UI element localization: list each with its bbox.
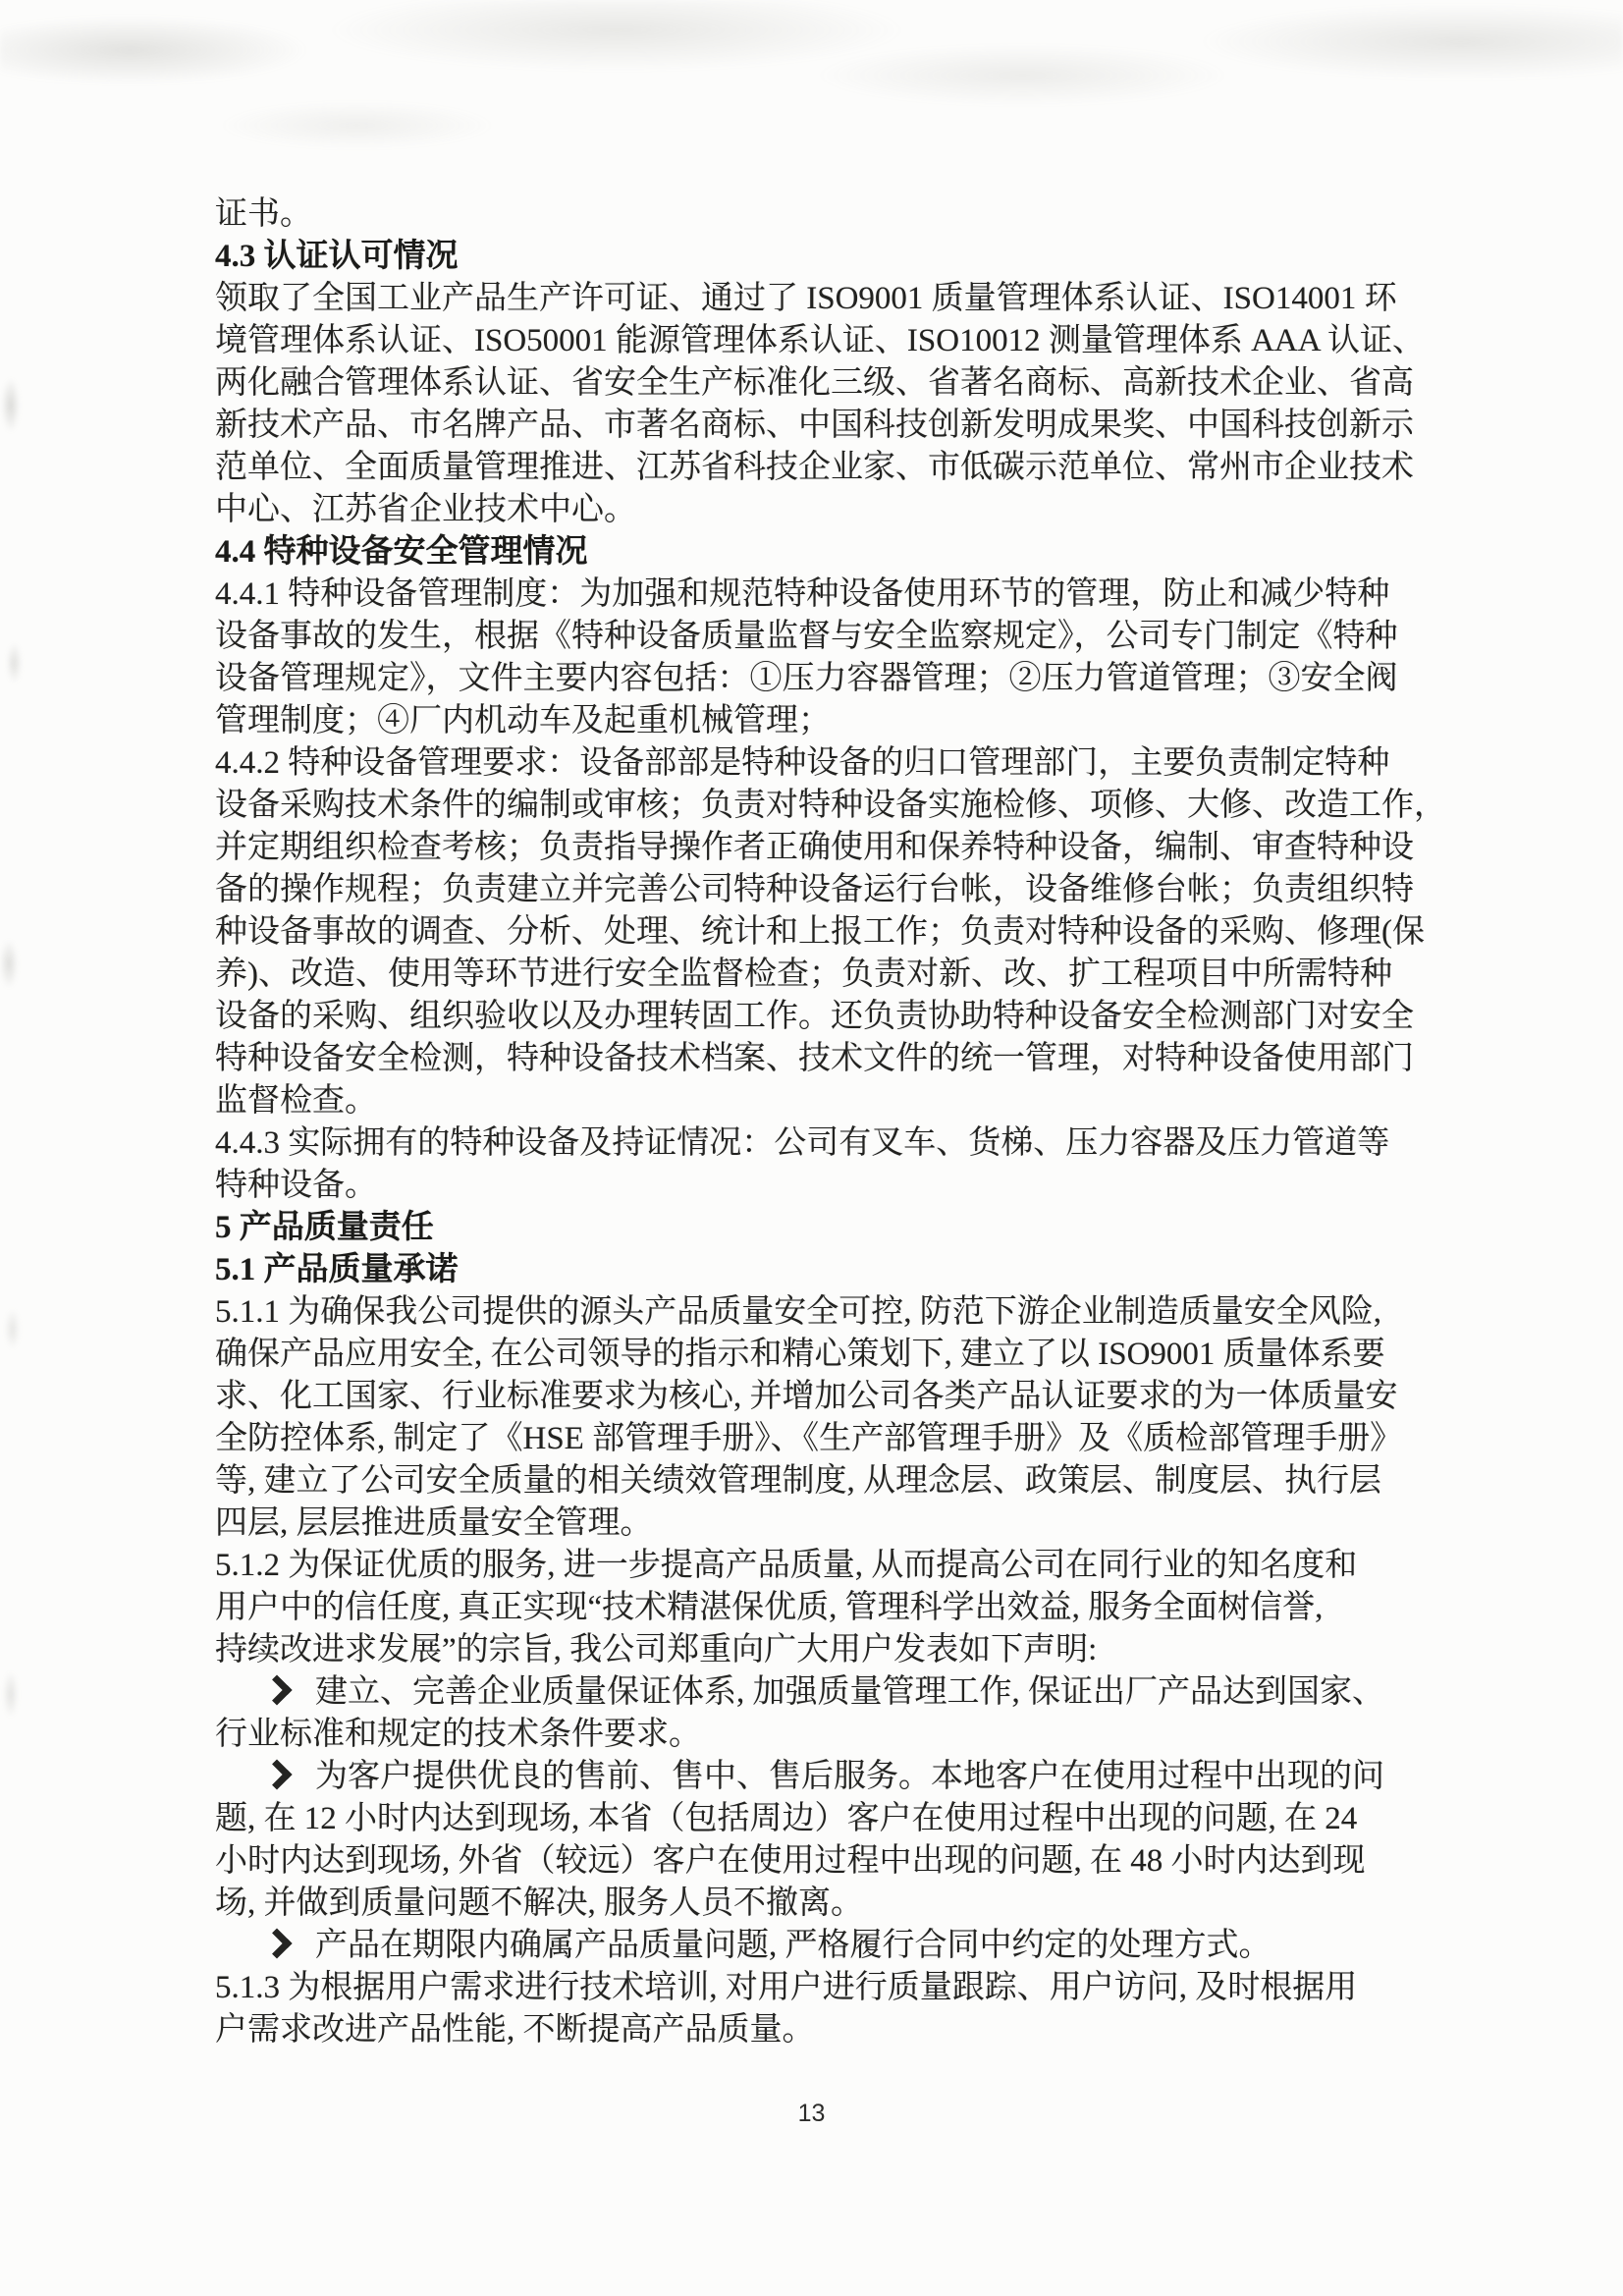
text-line: 设备事故的发生，根据《特种设备质量监督与安全监察规定》，公司专门制定《特种 <box>215 616 1419 658</box>
text-line: 备的操作规程；负责建立并完善公司特种设备运行台帐，设备维修台帐；负责组织特 <box>215 869 1419 911</box>
bullet-line: 产品在期限内确属产品质量问题, 严格履行合同中约定的处理方式。 <box>215 1925 1419 1967</box>
text-line: 全防控体系, 制定了《HSE 部管理手册》、《生产部管理手册》及《质检部管理手册… <box>215 1418 1419 1460</box>
text-line: 特种设备。 <box>215 1165 1419 1207</box>
text-line: 题, 在 12 小时内达到现场, 本省（包括周边）客户在使用过程中出现的问题, … <box>215 1798 1419 1840</box>
text-line: 中心、江苏省企业技术中心。 <box>215 489 1419 531</box>
text-line: 等, 建立了公司安全质量的相关绩效管理制度, 从理念层、政策层、制度层、执行层 <box>215 1460 1419 1503</box>
scan-noise-left <box>0 147 35 2296</box>
text-line: 养)、改造、使用等环节进行安全监督检查；负责对新、改、扩工程项目中所需特种 <box>215 954 1419 996</box>
bullet-line: 为客户提供优良的售前、售中、售后服务。本地客户在使用过程中出现的问 <box>215 1756 1419 1798</box>
bullet-text: 建立、完善企业质量保证体系, 加强质量管理工作, 保证出厂产品达到国家、 <box>315 1674 1384 1710</box>
text-line: 小时内达到现场, 外省（较远）客户在使用过程中出现的问题, 在 48 小时内达到… <box>215 1840 1419 1883</box>
page-text-block: 证书。4.3 认证认可情况领取了全国工业产品生产许可证、通过了 ISO9001 … <box>215 193 1419 2051</box>
text-line: 领取了全国工业产品生产许可证、通过了 ISO9001 质量管理体系认证、ISO1… <box>215 278 1419 320</box>
document-page: 证书。4.3 认证认可情况领取了全国工业产品生产许可证、通过了 ISO9001 … <box>0 0 1623 2296</box>
text-line: 管理制度；④厂内机动车及起重机械管理； <box>215 700 1419 742</box>
text-line: 特种设备安全检测，特种设备技术档案、技术文件的统一管理，对特种设备使用部门 <box>215 1038 1419 1080</box>
text-line: 新技术产品、市名牌产品、市著名商标、中国科技创新发明成果奖、中国科技创新示 <box>215 405 1419 447</box>
bullet-text: 为客户提供优良的售前、售中、售后服务。本地客户在使用过程中出现的问 <box>315 1759 1384 1794</box>
heading-line: 4.4 特种设备安全管理情况 <box>215 531 1419 574</box>
text-line: 种设备事故的调查、分析、处理、统计和上报工作；负责对特种设备的采购、修理(保 <box>215 911 1419 954</box>
bullet-arrow-icon <box>261 1759 292 1789</box>
text-line: 4.4.3 实际拥有的特种设备及持证情况：公司有叉车、货梯、压力容器及压力管道等 <box>215 1122 1419 1165</box>
text-line: 设备采购技术条件的编制或审核；负责对特种设备实施检修、项修、大修、改造工作， <box>215 785 1419 827</box>
heading-line: 4.3 认证认可情况 <box>215 236 1419 278</box>
page-number: 13 <box>0 2100 1623 2128</box>
text-line: 求、化工国家、行业标准要求为核心, 并增加公司各类产品认证要求的为一体质量安 <box>215 1376 1419 1418</box>
text-line: 四层, 层层推进质量安全管理。 <box>215 1503 1419 1545</box>
bullet-text: 产品在期限内确属产品质量问题, 严格履行合同中约定的处理方式。 <box>315 1928 1271 1963</box>
text-line: 两化融合管理体系认证、省安全生产标准化三级、省著名商标、高新技术企业、省高 <box>215 362 1419 405</box>
text-line: 并定期组织检查考核；负责指导操作者正确使用和保养特种设备，编制、审查特种设 <box>215 827 1419 869</box>
text-line: 境管理体系认证、ISO50001 能源管理体系认证、ISO10012 测量管理体… <box>215 320 1419 362</box>
text-line: 监督检查。 <box>215 1080 1419 1122</box>
text-line: 5.1.2 为保证优质的服务, 进一步提高产品质量, 从而提高公司在同行业的知名… <box>215 1545 1419 1587</box>
text-line: 场, 并做到质量问题不解决, 服务人员不撤离。 <box>215 1883 1419 1925</box>
text-line: 设备的采购、组织验收以及办理转固工作。还负责协助特种设备安全检测部门对安全 <box>215 996 1419 1038</box>
text-line: 证书。 <box>215 193 1419 236</box>
text-line: 5.1.1 为确保我公司提供的源头产品质量安全可控, 防范下游企业制造质量安全风… <box>215 1291 1419 1334</box>
text-line: 设备管理规定》，文件主要内容包括：①压力容器管理；②压力管道管理；③安全阀 <box>215 658 1419 700</box>
bullet-arrow-icon <box>261 1928 292 1958</box>
text-line: 4.4.1 特种设备管理制度：为加强和规范特种设备使用环节的管理，防止和减少特种 <box>215 574 1419 616</box>
text-line: 户需求改进产品性能, 不断提高产品质量。 <box>215 2009 1419 2051</box>
heading-line: 5 产品质量责任 <box>215 1207 1419 1249</box>
text-line: 范单位、全面质量管理推进、江苏省科技企业家、市低碳示范单位、常州市企业技术 <box>215 447 1419 489</box>
text-line: 5.1.3 为根据用户需求进行技术培训, 对用户进行质量跟踪、用户访问, 及时根… <box>215 1967 1419 2009</box>
text-line: 行业标准和规定的技术条件要求。 <box>215 1714 1419 1756</box>
scan-noise-top <box>0 0 1623 167</box>
text-line: 用户中的信任度, 真正实现“技术精湛保优质, 管理科学出效益, 服务全面树信誉, <box>215 1587 1419 1629</box>
text-line: 持续改进求发展”的宗旨, 我公司郑重向广大用户发表如下声明: <box>215 1629 1419 1671</box>
text-line: 4.4.2 特种设备管理要求：设备部部是特种设备的归口管理部门，主要负责制定特种 <box>215 742 1419 785</box>
bullet-line: 建立、完善企业质量保证体系, 加强质量管理工作, 保证出厂产品达到国家、 <box>215 1671 1419 1714</box>
text-line: 确保产品应用安全, 在公司领导的指示和精心策划下, 建立了以 ISO9001 质… <box>215 1334 1419 1376</box>
bullet-arrow-icon <box>261 1674 292 1705</box>
heading-line: 5.1 产品质量承诺 <box>215 1249 1419 1291</box>
